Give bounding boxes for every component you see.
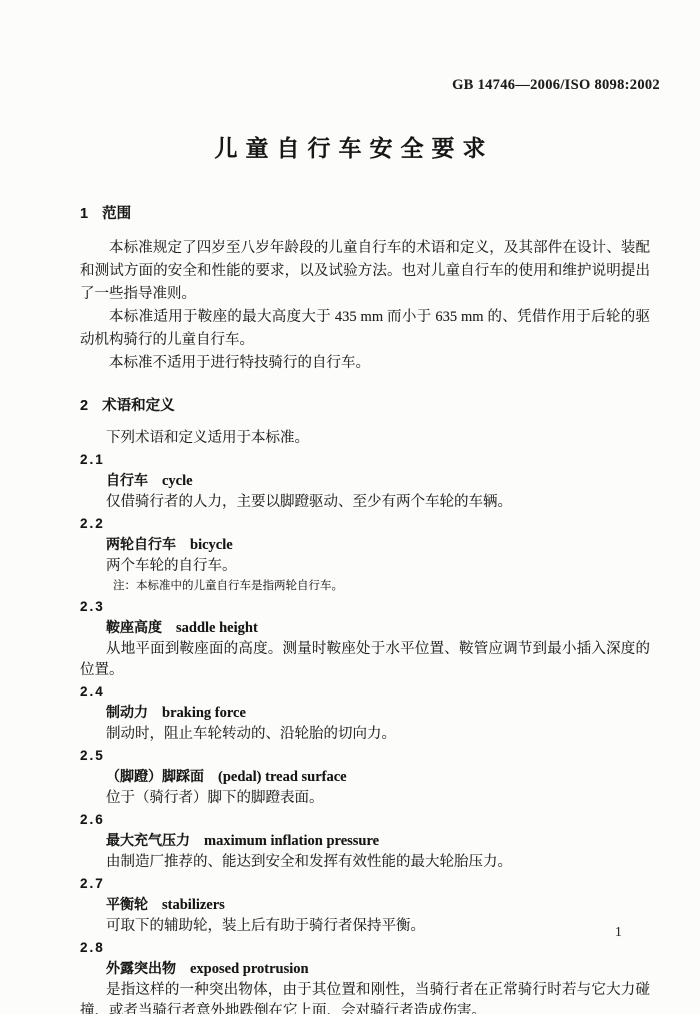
section-number: 1 xyxy=(80,206,88,222)
term-definition: 位于（骑行者）脚下的脚蹬表面。 xyxy=(80,788,650,809)
term-definition: 是指这样的一种突出物体，由于其位置和刚性，当骑行者在正常骑行时若与它大力碰撞，或… xyxy=(80,980,650,1014)
term-title: （脚蹬）脚踩面(pedal) tread surface xyxy=(80,766,650,788)
term-block-2-4: 2.4 制动力braking force 制动时，阻止车轮转动的、沿轮胎的切向力… xyxy=(80,681,650,745)
term-zh: 外露突出物 xyxy=(106,960,176,976)
terms-intro: 下列术语和定义适用于本标准。 xyxy=(80,427,650,449)
term-zh: 最大充气压力 xyxy=(106,832,190,848)
term-number: 2.8 xyxy=(80,937,650,958)
term-number: 2.7 xyxy=(80,873,650,894)
page-number: 1 xyxy=(615,924,622,940)
term-number: 2.6 xyxy=(80,809,650,830)
term-title: 自行车cycle xyxy=(80,470,650,492)
term-title: 外露突出物exposed protrusion xyxy=(80,958,650,980)
term-definition: 可取下的辅助轮，装上后有助于骑行者保持平衡。 xyxy=(80,916,650,937)
term-block-2-3: 2.3 鞍座高度saddle height 从地平面到鞍座面的高度。测量时鞍座处… xyxy=(80,596,650,681)
term-en: (pedal) tread surface xyxy=(218,769,347,785)
section-number: 2 xyxy=(80,398,88,414)
term-en: exposed protrusion xyxy=(190,961,309,977)
scope-paragraph: 本标准不适用于进行特技骑行的自行车。 xyxy=(80,352,650,375)
standard-code: GB 14746—2006/ISO 8098:2002 xyxy=(452,77,660,93)
section-title: 术语和定义 xyxy=(102,398,175,414)
term-zh: 制动力 xyxy=(106,704,148,720)
document-page: GB 14746—2006/ISO 8098:2002 儿童自行车安全要求 1范… xyxy=(0,0,700,1014)
term-zh: （脚蹬）脚踩面 xyxy=(106,768,204,784)
term-definition: 制动时，阻止车轮转动的、沿轮胎的切向力。 xyxy=(80,724,650,745)
term-definition: 从地平面到鞍座面的高度。测量时鞍座处于水平位置、鞍管应调节到最小插入深度的位置。 xyxy=(80,639,650,681)
section-heading-scope: 1范围 xyxy=(80,203,650,225)
term-number: 2.4 xyxy=(80,681,650,702)
term-definition: 由制造厂推荐的、能达到安全和发挥有效性能的最大轮胎压力。 xyxy=(80,852,650,873)
term-number: 2.3 xyxy=(80,596,650,617)
term-definition: 仅借骑行者的人力，主要以脚蹬驱动、至少有两个车轮的车辆。 xyxy=(80,492,650,513)
term-note: 注：本标准中的儿童自行车是指两轮自行车。 xyxy=(80,577,650,596)
term-en: stabilizers xyxy=(162,897,225,913)
section-heading-terms: 2术语和定义 xyxy=(80,395,650,417)
section-title: 范围 xyxy=(102,206,131,222)
term-number: 2.5 xyxy=(80,745,650,766)
term-zh: 平衡轮 xyxy=(106,896,148,912)
term-zh: 两轮自行车 xyxy=(106,536,176,552)
term-en: bicycle xyxy=(190,537,233,553)
term-title: 平衡轮stabilizers xyxy=(80,894,650,916)
term-block-2-7: 2.7 平衡轮stabilizers 可取下的辅助轮，装上后有助于骑行者保持平衡… xyxy=(80,873,650,937)
term-en: saddle height xyxy=(176,620,258,636)
term-title: 两轮自行车bicycle xyxy=(80,534,650,556)
term-zh: 鞍座高度 xyxy=(106,619,162,635)
header-row: GB 14746—2006/ISO 8098:2002 xyxy=(0,0,700,94)
term-en: maximum inflation pressure xyxy=(204,833,379,849)
document-title: 儿童自行车安全要求 xyxy=(0,130,700,163)
term-definition: 两个车轮的自行车。 xyxy=(80,556,650,577)
term-block-2-2: 2.2 两轮自行车bicycle 两个车轮的自行车。 注：本标准中的儿童自行车是… xyxy=(80,513,650,596)
term-title: 鞍座高度saddle height xyxy=(80,617,650,639)
term-block-2-5: 2.5 （脚蹬）脚踩面(pedal) tread surface 位于（骑行者）… xyxy=(80,745,650,809)
term-number: 2.2 xyxy=(80,513,650,534)
term-block-2-1: 2.1 自行车cycle 仅借骑行者的人力，主要以脚蹬驱动、至少有两个车轮的车辆… xyxy=(80,449,650,513)
term-zh: 自行车 xyxy=(106,472,148,488)
term-en: braking force xyxy=(162,705,246,721)
term-block-2-6: 2.6 最大充气压力maximum inflation pressure 由制造… xyxy=(80,809,650,873)
scope-paragraph: 本标准适用于鞍座的最大高度大于 435 mm 而小于 635 mm 的、凭借作用… xyxy=(80,306,650,352)
term-title: 最大充气压力maximum inflation pressure xyxy=(80,830,650,852)
term-block-2-8: 2.8 外露突出物exposed protrusion 是指这样的一种突出物体，… xyxy=(80,937,650,1014)
term-en: cycle xyxy=(162,473,193,489)
scope-paragraph: 本标准规定了四岁至八岁年龄段的儿童自行车的术语和定义，及其部件在设计、装配和测试… xyxy=(80,237,650,306)
term-title: 制动力braking force xyxy=(80,702,650,724)
term-number: 2.1 xyxy=(80,449,650,470)
document-body: 1范围 本标准规定了四岁至八岁年龄段的儿童自行车的术语和定义，及其部件在设计、装… xyxy=(0,203,700,1014)
